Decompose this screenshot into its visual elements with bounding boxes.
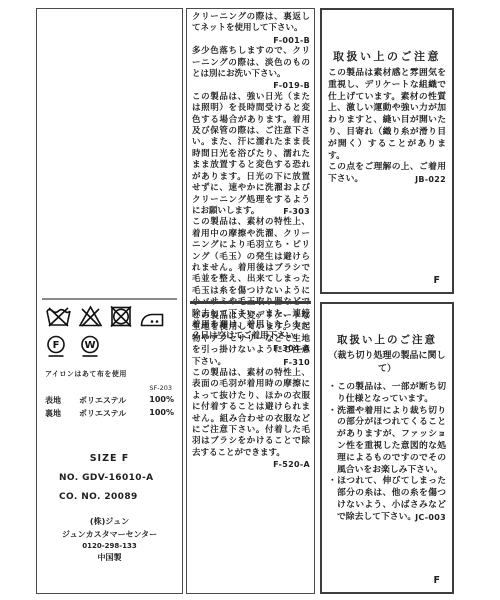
notice-body: この製品は素材感と雰囲気を重視し、デリケートな組織で仕上げています。素材の性質上… bbox=[328, 68, 446, 162]
care-paragraph: 多少色落ちしますので、クリーニングの際は、淡色のものとは別にお洗い下さい。F-0… bbox=[192, 46, 310, 80]
left-panel-divider bbox=[42, 298, 177, 300]
do-not-tumble-dry-icon bbox=[109, 305, 133, 328]
svg-text:F: F bbox=[53, 340, 60, 351]
notice-subtitle: （裁ち切り処理の製品に関して） bbox=[322, 348, 452, 374]
middle-care-label-panel: クリーニングの際は、裏返してネットを使用して下さい。F-001-B 多少色落ちし… bbox=[186, 8, 315, 594]
dry-clean-f-icon: F bbox=[45, 335, 67, 362]
notice-bullet: ・この製品は、一部が断ち切り仕様となっています。 bbox=[328, 382, 446, 406]
middle-panel-divider bbox=[190, 301, 311, 304]
notice-closing: この点をご理解の上、ご着用下さい。JB-022 bbox=[328, 162, 446, 186]
paragraph-code: F-001-B bbox=[273, 35, 310, 46]
care-code: SF-203 bbox=[45, 384, 174, 392]
wet-clean-w-icon: W bbox=[79, 335, 101, 362]
size-label: SIZE F bbox=[43, 453, 176, 464]
notice-title: 取扱い上のご注意 bbox=[322, 48, 452, 64]
middle-bottom-text: この製品は大変デリケートな生地を使用しています。突起物やアクセサリーなどで生地を… bbox=[192, 311, 310, 471]
material-name: ポリエステル bbox=[79, 408, 144, 419]
company-block: (株)ジュン ジュンカスタマーセンター 0120-298-133 中国製 bbox=[43, 516, 176, 563]
customer-center: ジュンカスタマーセンター bbox=[43, 529, 176, 540]
material-row: 裏地 ポリエステル 100% bbox=[45, 408, 174, 419]
care-paragraph: この製品は、素材の特性上、表面の毛羽が着用時の摩擦によって抜けたり、ほかの衣服に… bbox=[192, 368, 310, 459]
phone-number: 0120-298-133 bbox=[43, 542, 176, 550]
item-number: NO. GDV-16010-A bbox=[43, 473, 176, 483]
material-percent: 100% bbox=[144, 408, 174, 419]
notice-code: JB-022 bbox=[415, 174, 446, 186]
country-of-origin: 中国製 bbox=[43, 552, 176, 563]
size-info-area: SIZE F NO. GDV-16010-A CO. NO. 20089 (株)… bbox=[43, 453, 176, 563]
care-symbols-row bbox=[45, 305, 174, 328]
paragraph-text: クリーニングの際は、裏返してネットを使用して下さい。 bbox=[192, 12, 310, 33]
do-not-wash-icon bbox=[45, 305, 72, 328]
care-paragraph: この製品は、強い日光（または照明）を長時間受けると変色する場合があります。着用及… bbox=[192, 92, 310, 217]
material-name: ポリエステル bbox=[79, 395, 144, 406]
care-paragraph: クリーニングの際は、裏返してネットを使用して下さい。F-001-B bbox=[192, 12, 310, 35]
paragraph-code: F-303 bbox=[283, 206, 310, 217]
material-row: 表地 ポリエステル 100% bbox=[45, 395, 174, 406]
svg-text:W: W bbox=[84, 340, 95, 351]
notice-title: 取扱い上のご注意 bbox=[322, 332, 452, 347]
care-label-sheet: F W アイロンはあて布を使用 SF-203 表地 ポリエステル bbox=[0, 0, 500, 600]
notice-bullet: ・洗濯や着用により裁ち切りの部分がほつれてくることがありますが、ファッション性を… bbox=[328, 406, 446, 477]
notice-body-text: この製品は素材感と雰囲気を重視し、デリケートな組織で仕上げています。素材の性質上… bbox=[328, 68, 446, 161]
handling-notice-panel: 取扱い上のご注意 この製品は素材感と雰囲気を重視し、デリケートな組織で仕上げてい… bbox=[320, 8, 454, 294]
material-part: 表地 bbox=[45, 395, 79, 406]
company-name: (株)ジュン bbox=[43, 516, 176, 527]
paragraph-text: 多少色落ちしますので、クリーニングの際は、淡色のものとは別にお洗い下さい。 bbox=[192, 46, 310, 79]
paragraph-text: この製品は、素材の特性上、表面の毛羽が着用時の摩擦によって抜けたり、ほかの衣服に… bbox=[192, 368, 310, 458]
paragraph-code: F-019-B bbox=[273, 80, 310, 91]
co-number: CO. NO. 20089 bbox=[43, 492, 176, 502]
notice-bullet: ・ほつれて、伸びてしまった部分の糸は、他の糸を傷つけないよう、小ばさみなどで除去… bbox=[328, 476, 446, 523]
material-part: 裏地 bbox=[45, 408, 79, 419]
notice-code: JC-003 bbox=[424, 512, 446, 524]
paragraph-text: この製品は、強い日光（または照明）を長時間受けると変色する場合があります。着用及… bbox=[192, 92, 310, 216]
iron-icon bbox=[139, 309, 165, 328]
materials-table: 表地 ポリエステル 100% 裏地 ポリエステル 100% bbox=[45, 395, 174, 419]
professional-cleaning-row: F W bbox=[45, 335, 174, 362]
notice-bullet-list: ・この製品は、一部が断ち切り仕様となっています。 ・洗濯や着用により裁ち切りの部… bbox=[328, 382, 446, 524]
panel-footer-mark: F bbox=[434, 575, 441, 586]
iron-note: アイロンはあて布を使用 bbox=[45, 369, 174, 379]
do-not-bleach-icon bbox=[78, 305, 103, 328]
material-percent: 100% bbox=[144, 395, 174, 406]
care-symbols-area: F W アイロンはあて布を使用 SF-203 表地 ポリエステル bbox=[45, 305, 174, 419]
paragraph-code: F-520-A bbox=[273, 459, 310, 470]
cut-edge-notice-panel: 取扱い上のご注意 （裁ち切り処理の製品に関して） ・この製品は、一部が断ち切り仕… bbox=[320, 302, 454, 594]
panel-footer-mark: F bbox=[434, 275, 441, 286]
care-paragraph: この製品は大変デリケートな生地を使用しています。突起物やアクセサリーなどで生地を… bbox=[192, 311, 310, 368]
paragraph-code: F-310 bbox=[283, 357, 310, 368]
left-care-label-panel: F W アイロンはあて布を使用 SF-203 表地 ポリエステル bbox=[36, 8, 183, 594]
